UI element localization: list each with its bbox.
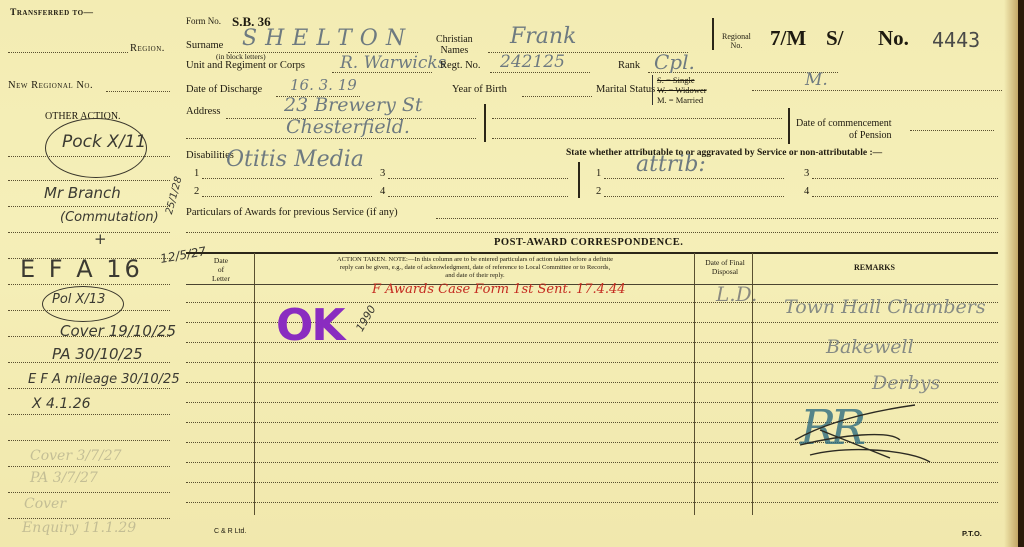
marital-value: M. [805, 70, 828, 90]
divider [578, 162, 580, 198]
address-value-2: Chesterfield. [286, 116, 410, 138]
marital-line [752, 90, 1002, 91]
left-rule [8, 388, 170, 389]
christian-names-value: Frank [510, 24, 576, 49]
marital-label: Marital Status [596, 84, 655, 95]
awards-label: Particulars of Awards for previous Servi… [186, 207, 398, 218]
regt-no-label: Regt. No. [440, 60, 481, 71]
regt-no-line [490, 72, 590, 73]
faint-note: Cover 3/7/27 [30, 448, 122, 464]
note-pock: Pock X/11 [62, 132, 146, 152]
marital-options: S. = Single W. = Widower M. = Married [652, 75, 707, 105]
awards-line-1 [436, 218, 998, 219]
correspondence-title: POST-AWARD CORRESPONDENCE. [494, 237, 683, 248]
attributable-line-1 [604, 178, 784, 179]
region-label: Region. [130, 43, 165, 54]
address-line-2 [186, 138, 476, 139]
attributable-1-value: attrib: [636, 152, 706, 177]
table-top-rule [186, 252, 998, 254]
regt-no-value: 242125 [500, 52, 565, 72]
left-rule [8, 518, 170, 519]
rank-value: Cpl. [654, 50, 695, 74]
regional-no-label: Regional No. [722, 32, 751, 50]
pension-label: Date of commencement of Pension [796, 118, 892, 142]
marital-option-single: S. = Single [657, 75, 707, 85]
disability-num-3: 3 [380, 168, 385, 179]
remarks-line-3: Derbys [872, 372, 940, 394]
note-efa16: E F A 16 [20, 255, 143, 283]
address-right-line-2 [492, 138, 782, 139]
col-divider-action [694, 253, 695, 515]
attributable-line-4 [812, 196, 998, 197]
col-header-final: Date of Final Disposal [700, 258, 750, 276]
faint-note: PA 3/7/27 [30, 470, 98, 486]
new-regional-no-label: New Regional No. [8, 80, 93, 91]
attributable-line-2 [604, 196, 784, 197]
remarks-line-2: Bakewell [826, 336, 914, 358]
attributable-num-1: 1 [596, 168, 601, 179]
discharge-label: Date of Discharge [186, 84, 262, 95]
divider [788, 108, 790, 144]
col-date-1: Date [198, 256, 244, 265]
pension-label-1: Date of commencement [796, 118, 892, 130]
col-date-3: Letter [198, 274, 244, 283]
discharge-value: 16. 3. 19 [290, 76, 357, 94]
note-pol: Pol X/13 [52, 292, 105, 307]
pension-line [910, 130, 994, 131]
regional-label-2: No. [722, 41, 751, 50]
left-rule [8, 492, 170, 493]
table-row-line [186, 502, 998, 503]
no-label: No. [878, 26, 909, 51]
marital-option-widower: W. = Widower [657, 85, 707, 95]
pto-label: P.T.O. [962, 529, 982, 538]
col-divider-date [254, 253, 255, 515]
left-rule [8, 180, 170, 181]
divider [484, 104, 486, 142]
address-label: Address [186, 106, 220, 117]
left-rule [8, 440, 170, 441]
red-entry: F Awards Case Form 1st Sent. 17.4.44 [372, 282, 626, 297]
address-right-line-1 [492, 118, 782, 119]
disability-num-4: 4 [380, 186, 385, 197]
final-disposal-value: L.D. [716, 282, 757, 306]
awards-line-2 [186, 232, 998, 233]
col-header-action: ACTION TAKEN. NOTE:—In this column are t… [258, 256, 692, 280]
col-action-2: reply can be given, e.g., date of acknow… [258, 264, 692, 272]
pension-label-2: of Pension [796, 130, 892, 142]
col-final-2: Disposal [700, 267, 750, 276]
marital-option-married: M. = Married [657, 95, 707, 105]
col-action-1: ACTION TAKEN. NOTE:—In this column are t… [258, 256, 692, 264]
attributable-label: State whether attributable to or aggrava… [566, 148, 882, 158]
surname-value: SHELTON [242, 26, 413, 51]
signature-scribble-icon [790, 400, 940, 470]
left-rule [8, 414, 170, 415]
christian-label-1: Christian [436, 34, 473, 45]
birth-line [522, 96, 592, 97]
s-prefix: S/ [826, 26, 844, 51]
note-commutation: (Commutation) [60, 210, 159, 225]
note-cover: Cover 19/10/25 [60, 322, 176, 340]
attributable-num-2: 2 [596, 186, 601, 197]
note-pa: PA 30/10/25 [52, 345, 143, 363]
disability-line-2 [202, 196, 372, 197]
printer-label: C & R Ltd. [214, 528, 246, 535]
disability-num-1: 1 [194, 168, 199, 179]
regional-label-1: Regional [722, 32, 751, 41]
disability-line-4 [388, 196, 568, 197]
disability-line-3 [388, 178, 568, 179]
table-row-line [186, 362, 998, 363]
table-row-line [186, 482, 998, 483]
record-number: 4443 [932, 28, 980, 52]
col-action-3: and date of their reply. [258, 272, 692, 280]
stamp-initial: 1990 [353, 303, 378, 334]
side-note-2: 25/1/28 [164, 175, 185, 215]
new-regional-no-line [106, 91, 170, 92]
remarks-line-1: Town Hall Chambers [784, 296, 986, 318]
disability-1-value: Otitis Media [226, 147, 364, 172]
transferred-region-line [8, 52, 128, 53]
note-mr-branch: Mr Branch [44, 184, 121, 202]
faint-note: Cover [24, 496, 66, 512]
regional-no: 7/M [770, 26, 806, 51]
col-final-1: Date of Final [700, 258, 750, 267]
note-plus: + [94, 230, 107, 248]
unit-label: Unit and Regiment or Corps [186, 60, 305, 71]
ok-stamp: OK [276, 300, 344, 351]
col-header-date: Date of Letter [198, 256, 244, 283]
pension-record-card: Transferred to— Region. New Regional No.… [0, 0, 1018, 547]
disability-num-2: 2 [194, 186, 199, 197]
transferred-to-label: Transferred to— [10, 8, 94, 18]
unit-value: R. Warwicks [340, 53, 446, 73]
left-rule [8, 466, 170, 467]
form-no-label: Form No. [186, 16, 221, 26]
attributable-num-4: 4 [804, 186, 809, 197]
disability-line-1 [202, 178, 372, 179]
left-rule [8, 232, 170, 233]
attributable-line-3 [812, 178, 998, 179]
birth-label: Year of Birth [452, 84, 507, 95]
rank-label: Rank [618, 60, 640, 71]
left-rule [8, 206, 170, 207]
divider [712, 18, 714, 50]
note-x-date: X 4.1.26 [32, 396, 91, 412]
address-value-1: 23 Brewery St [284, 94, 423, 116]
faint-note: Enquiry 11.1.29 [22, 520, 136, 536]
col-header-remarks: REMARKS [854, 263, 895, 272]
surname-label: Surname [186, 40, 223, 51]
left-rule [8, 284, 170, 285]
note-efa-mileage: E F A mileage 30/10/25 [28, 372, 180, 387]
attributable-num-3: 3 [804, 168, 809, 179]
col-date-2: of [198, 265, 244, 274]
